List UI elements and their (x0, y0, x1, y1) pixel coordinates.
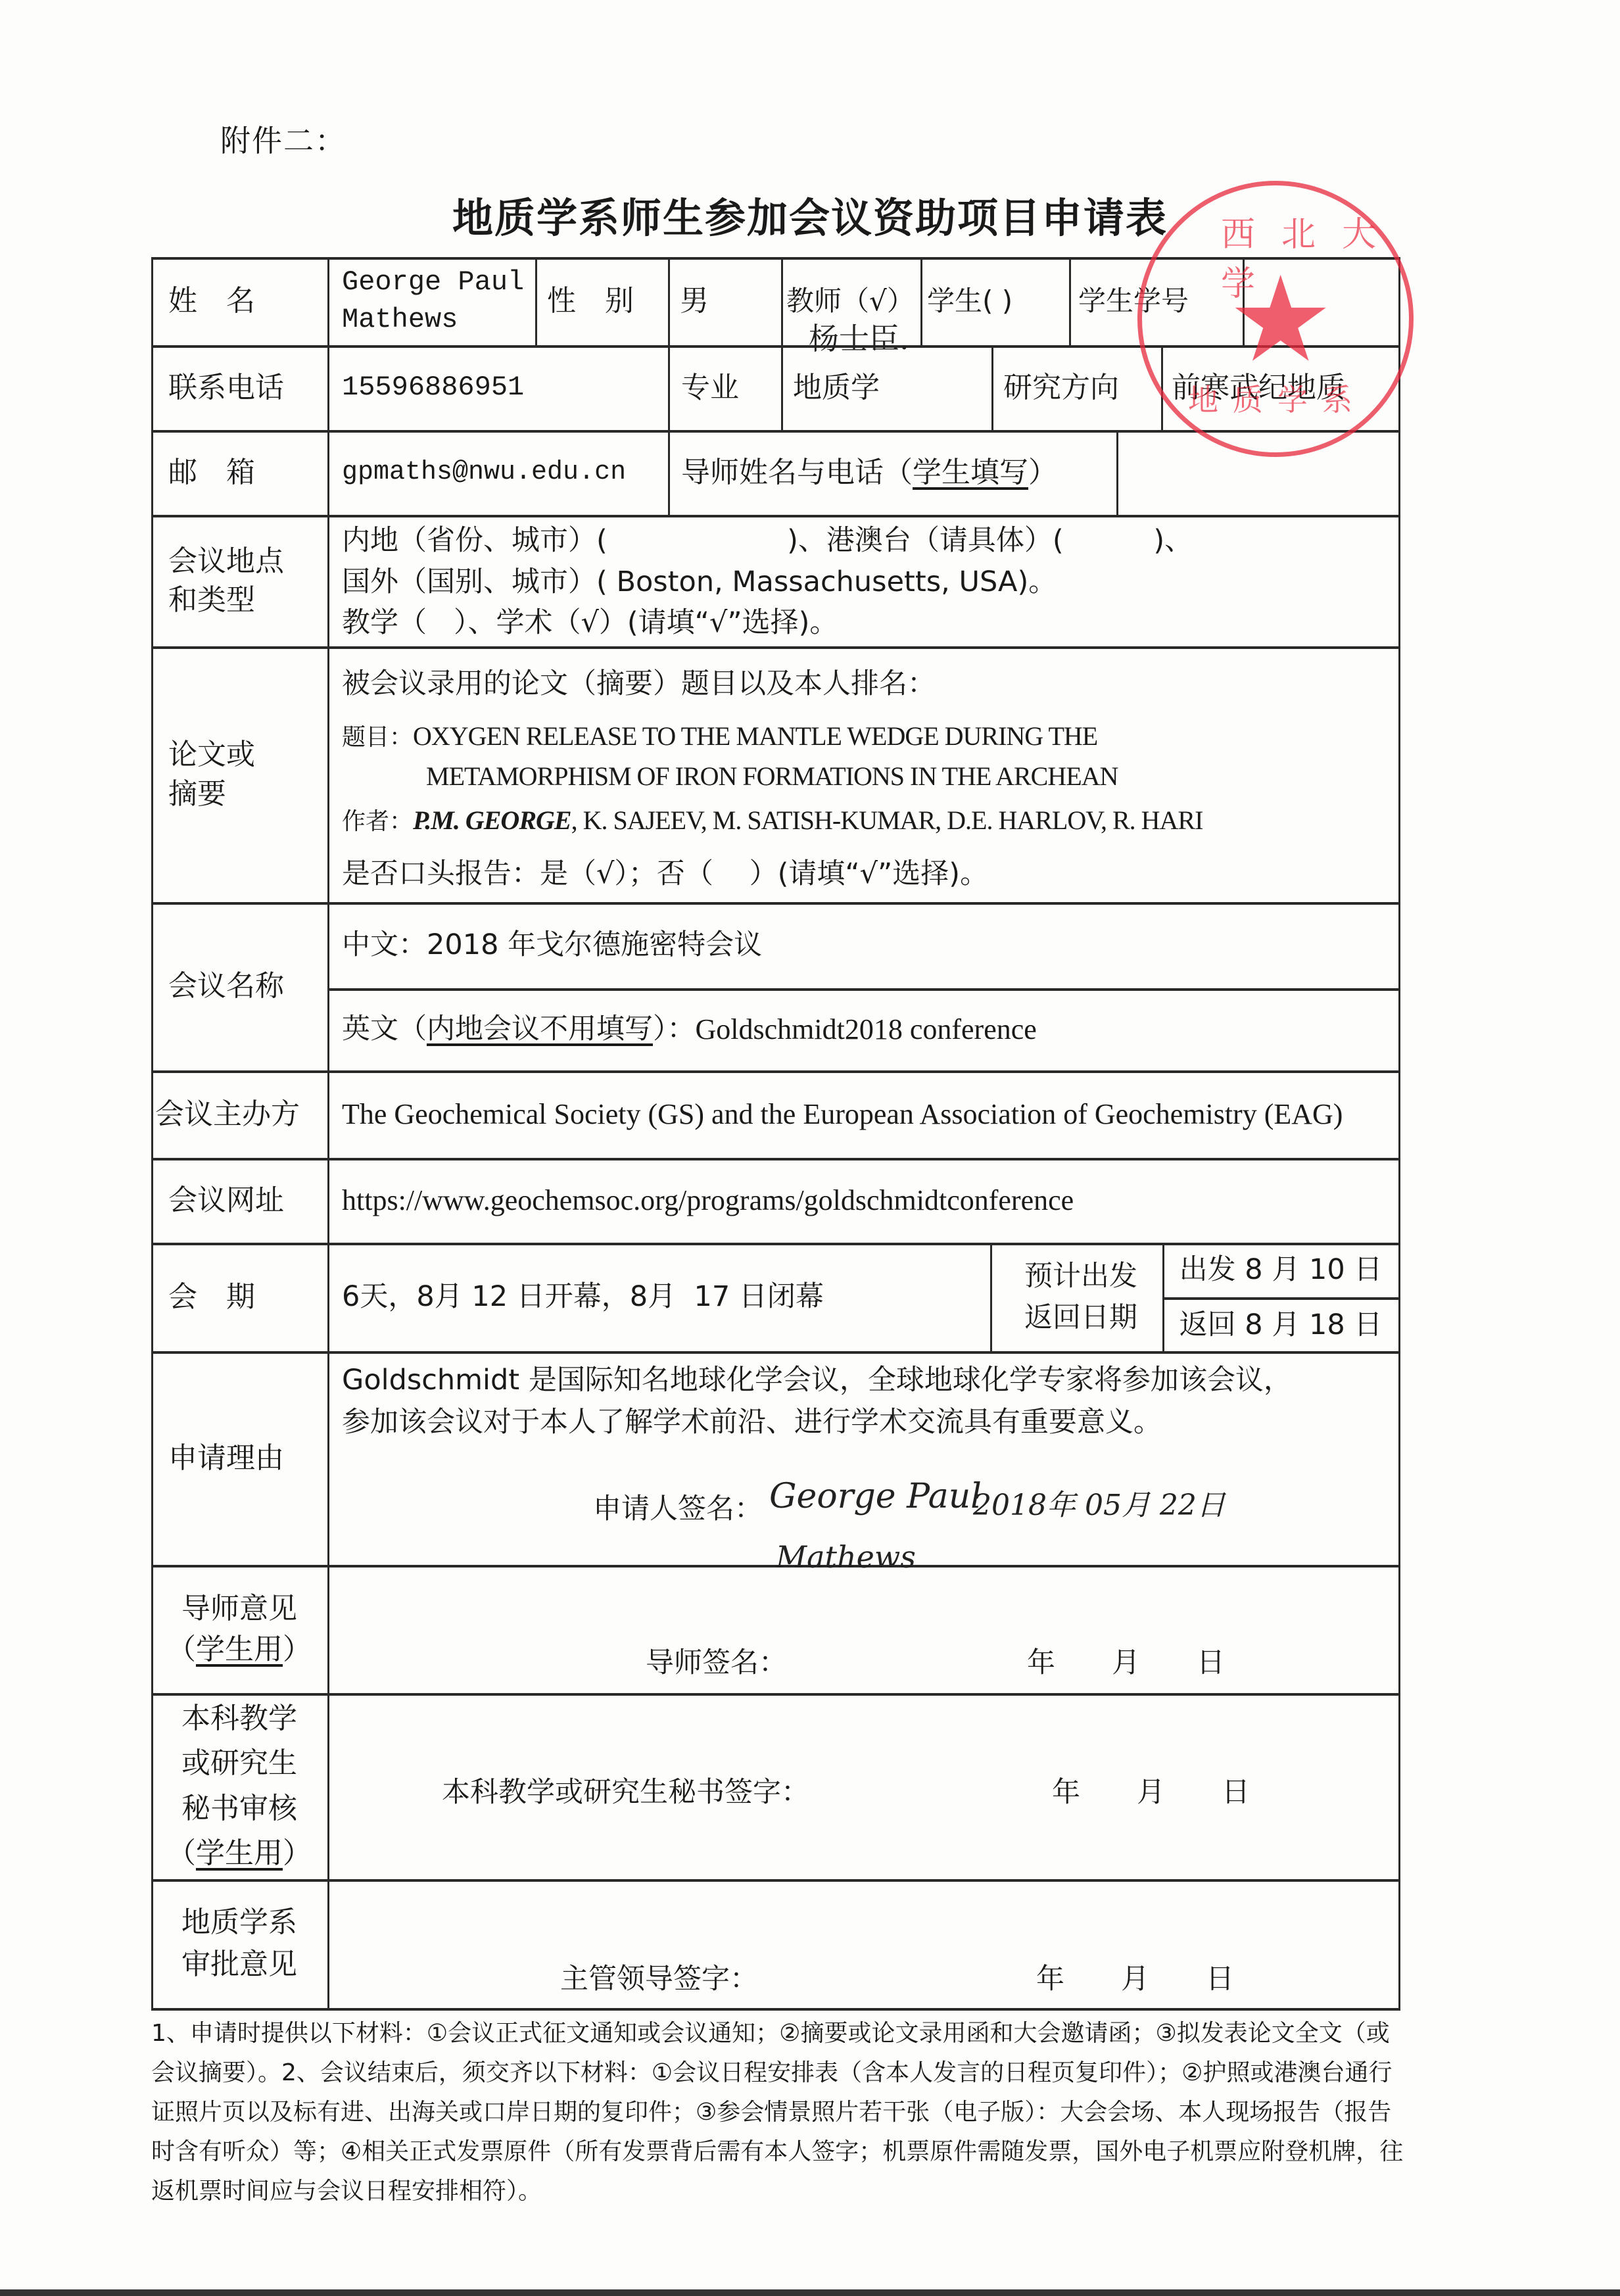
form-title: 地质学系师生参加会议资助项目申请表 (0, 185, 1620, 244)
english-value: Goldschmidt2018 conference (696, 1009, 1037, 1051)
travel-label-line2: 返回日期 (1024, 1297, 1137, 1338)
organizer-value[interactable]: The Geochemical Society (GS) and the Eur… (342, 1070, 1394, 1158)
paper-title[interactable]: 题目：OXYGEN RELEASE TO THE MANTLE WEDGE DU… (342, 719, 1394, 752)
oral-report-choice[interactable]: 是否口头报告：是（√）；否（ ）(请填“√”选择)。 (342, 851, 988, 892)
gender-label: 性 别 (547, 257, 668, 345)
email-value[interactable]: gpmaths@nwu.edu.cn (342, 430, 668, 515)
row-divider (151, 1879, 1400, 1882)
paper-title-line2: METAMORPHISM OF IRON FORMATIONS IN THE A… (426, 761, 1118, 792)
phone-label: 联系电话 (151, 345, 327, 430)
paper-label-line2: 摘要 (168, 775, 226, 813)
author-first: P.M. GEORGE (413, 805, 571, 835)
paper-label: 论文或 摘要 (151, 646, 327, 902)
col-divider (781, 257, 783, 430)
location-label: 会议地点 和类型 (151, 515, 327, 646)
return-date[interactable]: 返回 8 月 18 日 (1164, 1299, 1398, 1351)
reason-label: 申请理由 (151, 1351, 327, 1565)
applicant-signature[interactable]: George Paul (769, 1477, 982, 1516)
row-divider (151, 1693, 1400, 1696)
paper-label-line1: 论文或 (168, 735, 255, 774)
paren-open: （ (167, 1836, 196, 1870)
col-divider (668, 430, 670, 515)
conference-name-label: 会议名称 (151, 902, 327, 1070)
department-approval-label: 地质学系 审批意见 (151, 1879, 327, 2008)
table-border-right (1398, 257, 1400, 2011)
major-label: 专业 (681, 345, 781, 430)
dept-label-line1: 地质学系 (181, 1901, 297, 1944)
reason-line2: 参加该会议对于本人了解学术前沿、进行学术交流具有重要意义。 (342, 1401, 1394, 1443)
col-divider (1116, 430, 1118, 515)
location-overseas[interactable]: 国外（国别、城市）( Boston, Massachusetts, USA)。 (342, 562, 1057, 602)
paren-close: ） (283, 1836, 312, 1870)
advisor-contact-field[interactable] (1124, 430, 1398, 515)
website-label: 会议网址 (151, 1158, 327, 1243)
english-underlined: 内地会议不用填写 (427, 1009, 653, 1049)
author-label: 作者： (342, 808, 413, 835)
col-divider (991, 345, 993, 430)
secretary-sign-date[interactable]: 年 月 日 (1052, 1770, 1250, 1810)
col-divider (668, 257, 670, 430)
travel-label-line1: 预计出发 (1024, 1256, 1137, 1297)
location-domestic[interactable]: 内地（省份、城市）( )、港澳台（请具体）( )、 (342, 520, 1193, 561)
english-prefix: 英文（ (342, 1009, 427, 1049)
name-line-1: George Paul (342, 264, 524, 301)
row-divider (151, 646, 1400, 649)
paren-open: （ (167, 1633, 196, 1666)
paper-intro: 被会议录用的论文（摘要）题目以及本人排名： (342, 661, 936, 702)
research-label: 研究方向 (1003, 345, 1161, 430)
author-rest: , K. SAJEEV, M. SATISH-KUMAR, D.E. HARLO… (571, 805, 1203, 835)
col-divider (1243, 257, 1245, 345)
scan-edge (0, 2289, 1620, 2296)
col-divider (535, 257, 537, 345)
location-label-line2: 和类型 (168, 581, 255, 619)
email-label: 邮 箱 (151, 430, 327, 515)
secretary-label-line3: 秘书审核 (181, 1786, 297, 1831)
applicant-sign-date[interactable]: 2018年 05月 22日 (973, 1481, 1226, 1523)
paren-close: ） (283, 1633, 312, 1666)
student-id-field[interactable] (1249, 257, 1398, 345)
secretary-sign-label: 本科教学或研究生秘书签字： (442, 1770, 809, 1810)
paper-title-line1: OXYGEN RELEASE TO THE MANTLE WEDGE DURIN… (413, 721, 1097, 751)
research-value[interactable]: 前寒武纪地质 (1172, 345, 1398, 430)
col-divider (1161, 345, 1163, 430)
location-fields[interactable]: 内地（省份、城市）( )、港澳台（请具体）( )、 国外（国别、城市）( Bos… (342, 519, 1394, 645)
period-value[interactable]: 6天，8月 12 日开幕，8月 17 日闭幕 (342, 1243, 990, 1351)
label-column-divider (327, 257, 329, 2011)
student-id-label: 学生学号 (1078, 257, 1243, 345)
travel-date-label: 预计出发 返回日期 (999, 1243, 1162, 1351)
website-value[interactable]: https://www.geochemsoc.org/programs/gold… (342, 1158, 1394, 1243)
name-line-2: Mathews (342, 301, 458, 339)
col-divider (990, 1243, 992, 1351)
dept-label-line2: 审批意见 (181, 1944, 297, 1986)
row-divider (151, 515, 1400, 517)
advisor-label-underlined: 学生填写 (913, 452, 1028, 494)
gender-value[interactable]: 男 (680, 257, 781, 345)
major-value[interactable]: 地质学 (793, 345, 990, 430)
application-form-table: 姓 名 George Paul Mathews 性 别 男 教师（√） 杨士臣.… (151, 257, 1400, 2011)
row-divider (151, 1351, 1400, 1354)
leader-sign-date[interactable]: 年 月 日 (1036, 1957, 1234, 1997)
table-border-bottom (151, 2008, 1400, 2011)
for-students: 学生用 (196, 1836, 283, 1870)
advisor-contact-label: 导师姓名与电话（学生填写） (681, 430, 1116, 515)
applicant-sign-label: 申请人签名： (593, 1487, 763, 1527)
applicant-signature-line2: Mathews (776, 1539, 916, 1575)
conference-name-chinese[interactable]: 中文：2018 年戈尔德施密特会议 (342, 902, 1394, 988)
col-divider (920, 257, 922, 345)
advisor-opinion-label: 导师意见 （学生用） (151, 1565, 327, 1693)
reason-text[interactable]: Goldschmidt 是国际知名地球化学会议，全球地球化学专家将参加该会议， … (342, 1359, 1394, 1443)
attachment-label: 附件二： (220, 117, 346, 160)
period-label: 会 期 (151, 1243, 327, 1351)
depart-date[interactable]: 出发 8 月 10 日 (1164, 1243, 1398, 1297)
advisor-sign-date[interactable]: 年 月 日 (1027, 1640, 1225, 1681)
phone-value[interactable]: 15596886951 (342, 345, 668, 430)
paper-authors[interactable]: 作者：P.M. GEORGE, K. SAJEEV, M. SATISH-KUM… (342, 803, 1394, 836)
leader-sign-label: 主管领导签字： (560, 1957, 758, 1997)
col-divider (1069, 257, 1071, 345)
name-value[interactable]: George Paul Mathews (342, 257, 535, 345)
for-students: 学生用 (196, 1633, 283, 1666)
advisor-label-suffix: ） (1028, 452, 1057, 494)
meeting-type[interactable]: 教学（ ）、学术（√）(请填“√”选择)。 (342, 602, 838, 643)
organizer-label: 会议主办方 (155, 1070, 327, 1158)
secretary-review-label: 本科教学 或研究生 秘书审核 （学生用） (151, 1693, 327, 1879)
advisor-label-line1: 导师意见 (181, 1589, 297, 1629)
secretary-label-line2: 或研究生 (181, 1741, 297, 1786)
name-label: 姓 名 (151, 257, 327, 345)
secretary-label-line1: 本科教学 (181, 1696, 297, 1741)
location-label-line1: 会议地点 (168, 542, 284, 581)
advisor-sign-label: 导师签名： (646, 1640, 787, 1681)
reason-line1: Goldschmidt 是国际知名地球化学会议，全球地球化学专家将参加该会议， (342, 1359, 1394, 1401)
footnote-instructions: 1、申请时提供以下材料：①会议正式征文通知或会议通知；②摘要或论文录用函和大会邀… (151, 2014, 1407, 2211)
paper-title-label: 题目： (342, 724, 413, 751)
english-suffix: ）： (653, 1009, 696, 1049)
student-checkbox[interactable]: 学生( ) (927, 257, 1069, 345)
conference-name-english[interactable]: 英文（内地会议不用填写）：Goldschmidt2018 conference (342, 988, 1394, 1070)
advisor-label-prefix: 导师姓名与电话（ (681, 452, 913, 494)
